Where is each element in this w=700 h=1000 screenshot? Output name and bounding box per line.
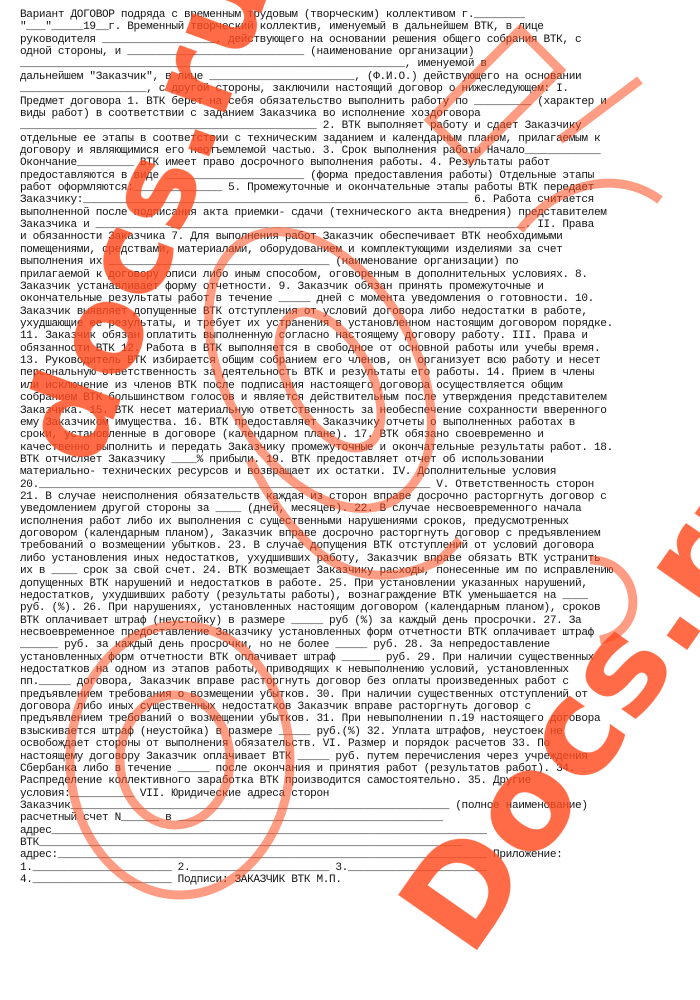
document-line: руб. (%). 26. При нарушениях, установлен…	[20, 602, 700, 614]
document-line: сроки, установленные в договоре (календа…	[20, 429, 700, 441]
document-line: недостатков на одном из этапов работы, п…	[20, 664, 700, 676]
document-line: 11. Заказчик обязан оплатить выполненную…	[20, 330, 700, 342]
document-line: виды работ) в соответствии с заданием За…	[20, 108, 700, 120]
document-line: Распределение коллективного заработка ВТ…	[20, 775, 700, 787]
document-line: работ оформляются:______________ 5. Пром…	[20, 182, 700, 194]
document-line: 20._____________________________________…	[20, 479, 700, 491]
document-line: дальнейшем "Заказчик", в лице __________…	[20, 71, 700, 83]
document-line: одной стороны, и _______________________…	[20, 46, 700, 58]
document-line: Заказчик________________________________…	[20, 800, 700, 812]
document-line: исполнения работ либо их выполнения с су…	[20, 516, 700, 528]
document-line: Заказчику:______________________________…	[20, 194, 700, 206]
document-line: либо установления иных недостатков, ухуд…	[20, 553, 700, 565]
document-line: предоставляются в виде _________________…	[20, 170, 700, 182]
document-line: Вариант ДОГОВОР подряда с временным труд…	[20, 9, 700, 21]
document-line: Заказчик устанавливает форму отчетности.…	[20, 281, 700, 293]
document-line: несвоевременное предоставление Заказчику…	[20, 627, 700, 639]
document-line: недостатков, ухудшивших работу (результа…	[20, 590, 700, 602]
document-line: требований о возмещении убытков. 23. В с…	[20, 540, 700, 552]
document-line: обязанности ВТК 12. Работа в ВТК выполня…	[20, 343, 700, 355]
document-line: допущенных ВТК нарушений и недостатков в…	[20, 578, 700, 590]
document-line: их в ____ срок за свой счет. 24. ВТК воз…	[20, 565, 700, 577]
document-line: предъявлением требования о возмещении уб…	[20, 689, 700, 701]
document-line: Предмет договора 1. ВТК берет на себя об…	[20, 96, 700, 108]
document-body: Вариант ДОГОВОР подряда с временным труд…	[20, 9, 700, 887]
document-line: пп._____ договора, Заказчик вправе расто…	[20, 676, 700, 688]
document-line: ________________________________________…	[20, 58, 700, 70]
document-line: расчетный счет N______ в _______________…	[20, 812, 700, 824]
document-line: установленных форм отчетности ВТК оплачи…	[20, 652, 700, 664]
document-line: окончательные результаты работ в течение…	[20, 293, 700, 305]
document-line: материально- технических ресурсов и возв…	[20, 466, 700, 478]
document-line: или исключение из членов ВТК после подпи…	[20, 380, 700, 392]
document-line: договора либо иных существенных недостат…	[20, 701, 700, 713]
document-line: освобождает стороны от выполнения обязат…	[20, 738, 700, 750]
document-line: персональную ответственность за деятельн…	[20, 367, 700, 379]
document-line: 1.______________________ 2._____________…	[20, 862, 700, 874]
document-line: ____________________, с другой стороны, …	[20, 83, 700, 95]
document-line: выполнения их __________________________…	[20, 256, 700, 268]
document-line: уведомлением другой стороны за ____ (дне…	[20, 503, 700, 515]
document-line: Окончание_________ ВТК имеет право досро…	[20, 157, 700, 169]
document-line: руководителя __________________, действу…	[20, 34, 700, 46]
document-line: адрес___________________________________…	[20, 825, 700, 837]
document-line: отдельные ее этапы в соответствии с техн…	[20, 133, 700, 145]
document-line: ВТК оплачивает штраф (неустойку) в разме…	[20, 615, 700, 627]
document-line: предъявлением требований о возмещении уб…	[20, 713, 700, 725]
document-line: ________________________________________…	[20, 120, 700, 132]
document-line: прилагаемой к договору описи либо иным с…	[20, 269, 700, 281]
document-line: качественно выполнить и передать Заказчи…	[20, 442, 700, 454]
document-line: "___"_____19__г. Временный творческий ко…	[20, 21, 700, 33]
document-line: 13. Руководитель ВТК избирается общим со…	[20, 355, 700, 367]
document-line: ВТК_____________________________________…	[20, 837, 700, 849]
document-line: настоящему договору Заказчик оплачивает …	[20, 751, 700, 763]
document-line: 21. В случае неисполнения обязательств к…	[20, 491, 700, 503]
document-line: ВТК отчисляет Заказчику ____% прибыли. 1…	[20, 454, 700, 466]
document-line: взыскивается штраф (неустойка) в размере…	[20, 726, 700, 738]
document-line: ухудшающие ее результаты, и требует их у…	[20, 318, 700, 330]
document-line: адрес:__________________________________…	[20, 849, 700, 861]
document-line: 4.______________________ Подписи: ЗАКАЗЧ…	[20, 874, 700, 886]
document-line: Заказчика и ____________________________…	[20, 219, 700, 231]
document-line: Заказчика. 15. ВТК несет материальную от…	[20, 405, 700, 417]
document-line: договору и являющимися его неотъемлемой …	[20, 145, 700, 157]
document-line: ему Заказчиком имущества. 16. ВТК предос…	[20, 417, 700, 429]
document-line: Сбербанка либо в течение _____ после око…	[20, 763, 700, 775]
document-line: ______ руб. за каждый день просрочки, но…	[20, 639, 700, 651]
document-line: помещениями, средствами, материалами, об…	[20, 244, 700, 256]
document-line: и обязанности Заказчика 7. Для выполнени…	[20, 231, 700, 243]
document-line: собранием ВТК большинством голосов и явл…	[20, 392, 700, 404]
document-line: Заказчик выявляет допущенные ВТК отступл…	[20, 306, 700, 318]
document-line: условия:__________ VII. Юридические адре…	[20, 788, 700, 800]
document-line: договором (календарным планом), Заказчик…	[20, 528, 700, 540]
document-line: выполненной после подписания акта приемк…	[20, 207, 700, 219]
